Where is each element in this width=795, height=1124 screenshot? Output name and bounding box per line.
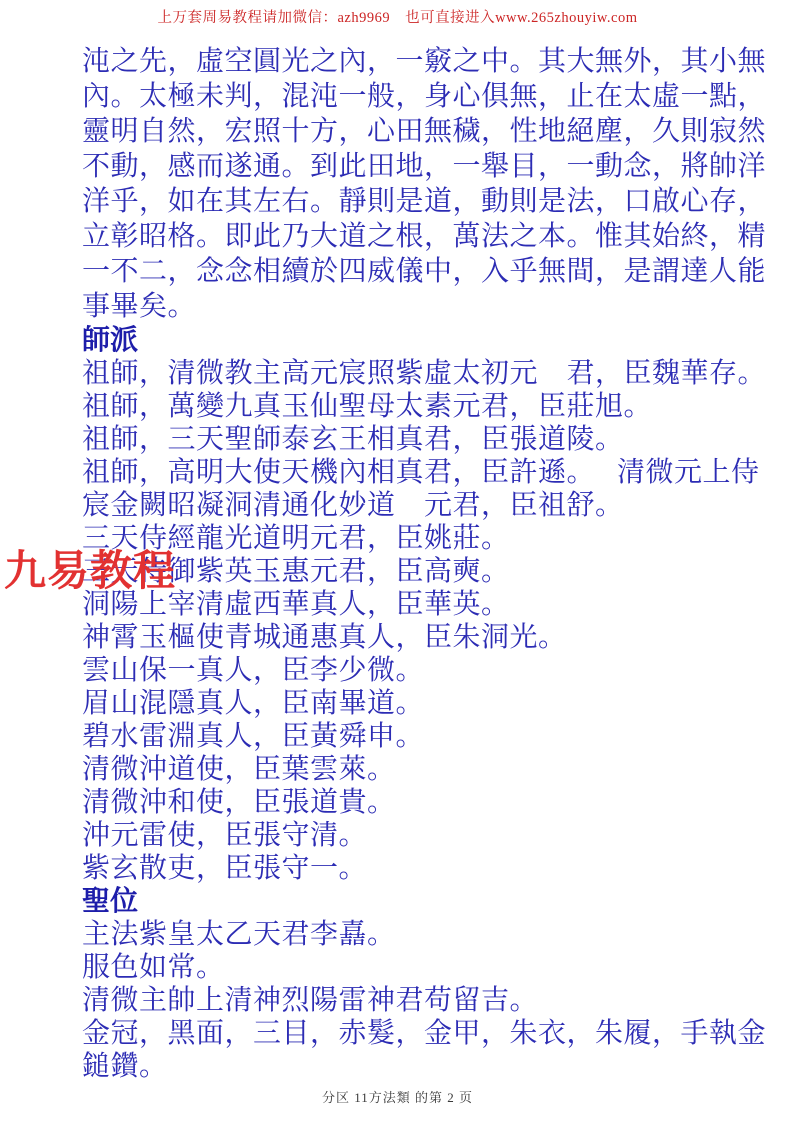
- text-line: 碧水雷淵真人，臣黃舜申。: [82, 720, 722, 753]
- text-line: 金冠，黑面，三目，赤髮，金甲，朱衣，朱履，手執金: [82, 1017, 722, 1050]
- text-line: 清微沖和使，臣張道貴。: [82, 786, 722, 819]
- text-line: 神霄玉樞使青城通惠真人，臣朱洞光。: [82, 621, 722, 654]
- text-line: 洞陽上宰清虛西華真人，臣華英。: [82, 588, 722, 621]
- text-line: 紫玄散吏，臣張守一。: [82, 852, 722, 885]
- text-line: 事畢矣。: [82, 289, 722, 324]
- text-line: 靈明自然，宏照十方，心田無穢，性地絕塵，久則寂然: [82, 114, 722, 149]
- text-line: 清微沖道使，臣葉雲萊。: [82, 753, 722, 786]
- text-line: 祖師，清微教主高元宸照紫虛太初元 君，臣魏華存。: [82, 357, 722, 390]
- text-line: 清微主帥上清神烈陽雷神君苟留吉。: [82, 984, 722, 1017]
- watermark-overlay: 九易教程: [4, 538, 176, 598]
- document-body: 沌之先，虛空圓光之內，一竅之中。其大無外，其小無 內。太極未判，混沌一般，身心俱…: [82, 44, 722, 1083]
- text-line: 沖元雷使，臣張守清。: [82, 819, 722, 852]
- text-line: 不動，感而遂通。到此田地，一舉目，一動念，將帥洋: [82, 149, 722, 184]
- header-promo-text: 上万套周易教程请加微信：azh9969 也可直接进入www.265zhouyiw…: [0, 6, 795, 27]
- page-footer: 分区 11方法類 的第 2 页: [0, 1087, 795, 1106]
- text-line: 眉山混隱真人，臣南畢道。: [82, 687, 722, 720]
- section-heading-shipai: 師派: [82, 324, 722, 357]
- text-line: 祖師，萬變九真玉仙聖母太素元君，臣莊旭。: [82, 390, 722, 423]
- text-line: 鎚鑽。: [82, 1050, 722, 1083]
- document-page: { "header": { "text": "上万套周易教程请加微信：azh99…: [0, 0, 795, 1124]
- text-line: 雲山保一真人，臣李少微。: [82, 654, 722, 687]
- text-line: 洋乎，如在其左右。靜則是道，動則是法，口啟心存，: [82, 184, 722, 219]
- text-line: 服色如常。: [82, 951, 722, 984]
- text-line: 三天侍經龍光道明元君，臣姚莊。: [82, 522, 722, 555]
- text-line: 祖師，高明大使天機內相真君，臣許遜。 清微元上侍: [82, 456, 722, 489]
- text-line: 立彰昭格。即此乃大道之根，萬法之本。惟其始終，精: [82, 219, 722, 254]
- section-heading-shengwei: 聖位: [82, 885, 722, 918]
- text-line: 祖師，三天聖師泰玄王相真君，臣張道陵。: [82, 423, 722, 456]
- text-line: 三天侍御紫英玉惠元君，臣高奭。: [82, 555, 722, 588]
- text-line: 一不二，念念相續於四威儀中，入乎無間，是謂達人能: [82, 254, 722, 289]
- text-line: 沌之先，虛空圓光之內，一竅之中。其大無外，其小無: [82, 44, 722, 79]
- text-line: 內。太極未判，混沌一般，身心俱無，止在太虛一點，: [82, 79, 722, 114]
- text-line: 宸金闕昭凝洞清通化妙道 元君，臣祖舒。: [82, 489, 722, 522]
- text-line: 主法紫皇太乙天君李嚞。: [82, 918, 722, 951]
